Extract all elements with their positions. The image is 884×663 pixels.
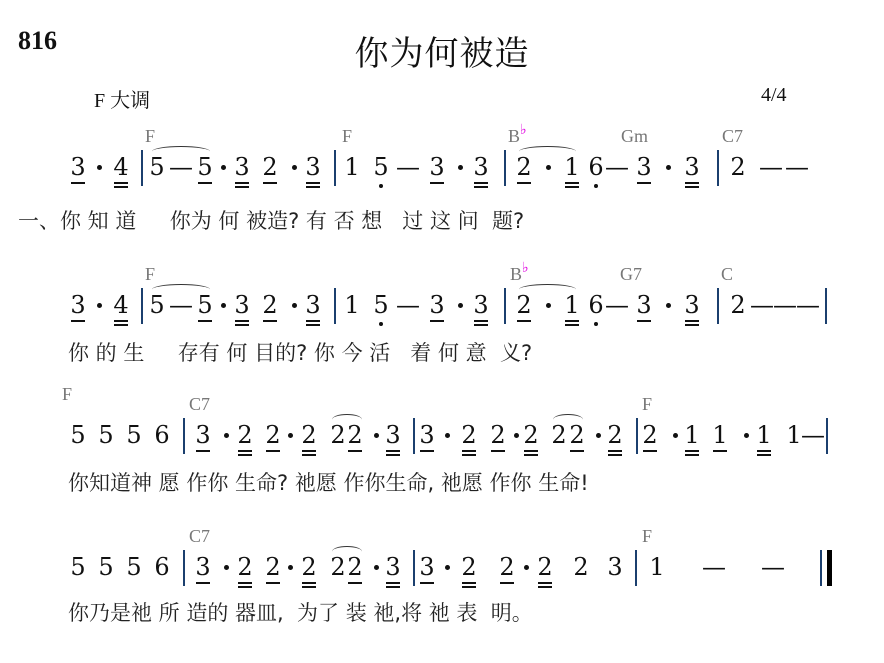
underline-eighth xyxy=(266,582,280,584)
dotted-rhythm-dot xyxy=(546,303,551,308)
sustain-dash: — xyxy=(169,154,193,180)
note-number: — xyxy=(396,291,420,319)
note-number: 3 xyxy=(684,153,699,181)
note: 2 xyxy=(329,422,347,448)
note-number: 5 xyxy=(126,553,141,581)
chord-symbol: B♭ xyxy=(508,126,527,147)
underline-eighth xyxy=(462,582,476,584)
chord-symbol: Gm xyxy=(621,126,648,147)
chord-symbol: C xyxy=(721,264,733,285)
note-number: 1 xyxy=(564,291,579,319)
underline-sixteenth xyxy=(462,454,476,456)
note-number: — xyxy=(605,291,629,319)
note-number: 1 xyxy=(344,291,359,319)
underline-sixteenth xyxy=(565,186,579,188)
note-number: 3 xyxy=(195,553,210,581)
note: 2 xyxy=(300,554,318,580)
chord-label: C7 xyxy=(189,526,210,546)
note-number: 1 xyxy=(786,421,801,449)
note-number: 3 xyxy=(607,553,622,581)
dotted-rhythm-dot xyxy=(445,433,450,438)
note: 2 xyxy=(515,154,533,180)
note-number: — xyxy=(169,291,193,319)
note-number: 3 xyxy=(473,153,488,181)
chord-label: F xyxy=(62,384,72,404)
note: 3 xyxy=(635,292,653,318)
lower-octave-dot xyxy=(379,184,383,188)
underline-eighth xyxy=(517,182,531,184)
note: 2 xyxy=(572,554,590,580)
barline xyxy=(334,288,336,324)
note: 2 xyxy=(568,422,586,448)
note: 3 xyxy=(194,422,212,448)
underline-eighth xyxy=(524,450,538,452)
chord-label: F xyxy=(342,126,352,146)
dotted-rhythm-dot xyxy=(458,165,463,170)
note: 3 xyxy=(428,292,446,318)
note: 5 xyxy=(148,292,166,318)
underline-sixteenth xyxy=(685,454,699,456)
note-number: 2 xyxy=(265,421,280,449)
note: 5 xyxy=(97,554,115,580)
flat-icon: ♭ xyxy=(520,123,527,138)
underline-eighth xyxy=(565,320,579,322)
note: 1 xyxy=(648,554,666,580)
note-number: 3 xyxy=(636,153,651,181)
chord-symbol: F xyxy=(342,126,352,147)
note-number: 2 xyxy=(237,421,252,449)
note: 2 xyxy=(460,422,478,448)
note: 1 xyxy=(563,292,581,318)
note: 5 xyxy=(196,154,214,180)
chord-label: F xyxy=(642,526,652,546)
underline-sixteenth xyxy=(386,454,400,456)
note-number: 2 xyxy=(499,553,514,581)
dotted-rhythm-dot xyxy=(374,565,379,570)
note-number: 1 xyxy=(712,421,727,449)
note-number: 1 xyxy=(684,421,699,449)
note: 5 xyxy=(125,422,143,448)
underline-eighth xyxy=(430,320,444,322)
note-number: 2 xyxy=(301,421,316,449)
note: 3 xyxy=(304,292,322,318)
underline-eighth xyxy=(420,450,434,452)
note-number: — xyxy=(785,153,809,181)
note-number: 2 xyxy=(551,421,566,449)
sustain-dash: — xyxy=(702,554,726,580)
lyrics-line: 你知道神 愿 作你 生命? 祂愿 作你生命, 祂愿 作你 生命! xyxy=(68,467,589,497)
note-number: 2 xyxy=(262,153,277,181)
note-number: 2 xyxy=(730,291,745,319)
note: 3 xyxy=(233,292,251,318)
note-number: 3 xyxy=(429,153,444,181)
underline-eighth xyxy=(235,182,249,184)
lyrics-line: 你 的 生 存有 何 目的? 你 今 活 着 何 意 义? xyxy=(68,337,532,367)
music-system: FFB♭GmC7345—532315—33216—332—— xyxy=(0,140,884,200)
underline-sixteenth xyxy=(238,454,252,456)
underline-eighth xyxy=(386,450,400,452)
chord-label: G7 xyxy=(620,264,642,284)
note: 5 xyxy=(69,422,87,448)
note-number: 5 xyxy=(70,421,85,449)
note: 1 xyxy=(683,422,701,448)
note-number: 3 xyxy=(419,421,434,449)
underline-eighth xyxy=(713,450,727,452)
underline-eighth xyxy=(263,182,277,184)
note: 4 xyxy=(112,154,130,180)
underline-eighth xyxy=(637,182,651,184)
lower-octave-dot xyxy=(594,184,598,188)
lyrics-line: 你乃是祂 所 造的 器皿, 为了 装 祂,将 祂 表 明。 xyxy=(68,597,533,627)
note: 2 xyxy=(346,422,364,448)
note-number: 2 xyxy=(607,421,622,449)
underline-eighth xyxy=(538,582,552,584)
underline-eighth xyxy=(114,182,128,184)
underline-eighth xyxy=(643,450,657,452)
note-number: 1 xyxy=(344,153,359,181)
dotted-rhythm-dot xyxy=(288,433,293,438)
key-signature: F 大调 xyxy=(94,84,150,113)
note: 3 xyxy=(472,292,490,318)
note-number: 5 xyxy=(98,553,113,581)
note-number: 1 xyxy=(564,153,579,181)
note-number: 2 xyxy=(262,291,277,319)
note-number: 3 xyxy=(234,153,249,181)
underline-eighth xyxy=(196,450,210,452)
note-number: 4 xyxy=(113,153,128,181)
underline-sixteenth xyxy=(565,324,579,326)
underline-eighth xyxy=(114,320,128,322)
chord-symbol: C7 xyxy=(189,394,210,415)
underline-sixteenth xyxy=(524,454,538,456)
note: 5 xyxy=(196,292,214,318)
underline-eighth xyxy=(71,182,85,184)
note: 3 xyxy=(384,422,402,448)
note: 1 xyxy=(563,154,581,180)
underline-sixteenth xyxy=(474,324,488,326)
chord-symbol: F xyxy=(145,126,155,147)
underline-sixteenth xyxy=(306,186,320,188)
music-system: C7F555632222233222231—— xyxy=(0,540,884,600)
note-number: 5 xyxy=(373,291,388,319)
dotted-rhythm-dot xyxy=(524,565,529,570)
underline-eighth xyxy=(474,182,488,184)
note: 3 xyxy=(418,422,436,448)
underline-eighth xyxy=(474,320,488,322)
underline-eighth xyxy=(608,450,622,452)
underline-sixteenth xyxy=(474,186,488,188)
underline-eighth xyxy=(685,182,699,184)
underline-eighth xyxy=(196,582,210,584)
dotted-rhythm-dot xyxy=(292,303,297,308)
underline-eighth xyxy=(685,320,699,322)
note: 5 xyxy=(372,154,390,180)
sustain-dash: — xyxy=(605,292,629,318)
underline-eighth xyxy=(430,182,444,184)
note: 5 xyxy=(69,554,87,580)
note: 3 xyxy=(233,154,251,180)
note: 4 xyxy=(112,292,130,318)
sustain-dash: — xyxy=(169,292,193,318)
note: 2 xyxy=(346,554,364,580)
chord-label: F xyxy=(642,394,652,414)
note-number: 2 xyxy=(573,553,588,581)
underline-sixteenth xyxy=(608,454,622,456)
dotted-rhythm-dot xyxy=(97,303,102,308)
note: 6 xyxy=(587,292,605,318)
chord-label: C7 xyxy=(722,126,743,146)
note: 3 xyxy=(683,292,701,318)
sustain-dash: — xyxy=(759,154,783,180)
music-system: FB♭G7C345—532315—33216—332——— xyxy=(0,278,884,338)
note-number: 2 xyxy=(490,421,505,449)
chord-symbol: C7 xyxy=(189,526,210,547)
barline xyxy=(183,550,185,586)
note: 1 xyxy=(711,422,729,448)
underline-sixteenth xyxy=(685,186,699,188)
underline-eighth xyxy=(306,320,320,322)
note-number: 2 xyxy=(461,421,476,449)
note-number: 1 xyxy=(756,421,771,449)
barline xyxy=(334,150,336,186)
note: 1 xyxy=(755,422,773,448)
dotted-rhythm-dot xyxy=(97,165,102,170)
dotted-rhythm-dot xyxy=(221,303,226,308)
note-number: 6 xyxy=(154,553,169,581)
note: 2 xyxy=(236,554,254,580)
note-number: 2 xyxy=(461,553,476,581)
chord-symbol: F xyxy=(62,384,72,405)
dotted-rhythm-dot xyxy=(292,165,297,170)
sustain-dash: — xyxy=(801,422,825,448)
underline-eighth xyxy=(263,320,277,322)
underline-eighth xyxy=(235,320,249,322)
chord-label: B xyxy=(508,126,520,146)
chord-label: B xyxy=(510,264,522,284)
note-number: 2 xyxy=(347,553,362,581)
underline-sixteenth xyxy=(306,324,320,326)
chord-label: C xyxy=(721,264,733,284)
flat-icon: ♭ xyxy=(522,261,529,276)
note: 3 xyxy=(418,554,436,580)
note-number: 2 xyxy=(265,553,280,581)
note: 3 xyxy=(472,154,490,180)
chord-label: F xyxy=(145,264,155,284)
note-number: 5 xyxy=(126,421,141,449)
note: 6 xyxy=(587,154,605,180)
note: 2 xyxy=(261,292,279,318)
note: 3 xyxy=(635,154,653,180)
note-number: — xyxy=(396,153,420,181)
underline-sixteenth xyxy=(302,586,316,588)
note-number: 3 xyxy=(419,553,434,581)
dotted-rhythm-dot xyxy=(744,433,749,438)
dotted-rhythm-dot xyxy=(596,433,601,438)
sustain-dash: — xyxy=(396,154,420,180)
note-number: — xyxy=(796,291,820,319)
underline-eighth xyxy=(517,320,531,322)
underline-eighth xyxy=(500,582,514,584)
note: 2 xyxy=(460,554,478,580)
note-number: 2 xyxy=(537,553,552,581)
dotted-rhythm-dot xyxy=(666,165,671,170)
note-number: 3 xyxy=(195,421,210,449)
note-number: — xyxy=(761,553,785,581)
note: 3 xyxy=(384,554,402,580)
note-number: — xyxy=(605,153,629,181)
note-number: 5 xyxy=(149,153,164,181)
lyrics-line: 一、你 知 道 你为 何 被造? 有 否 想 过 这 问 题? xyxy=(18,205,524,235)
dotted-rhythm-dot xyxy=(288,565,293,570)
underline-sixteenth xyxy=(386,586,400,588)
underline-sixteenth xyxy=(114,186,128,188)
note: 3 xyxy=(194,554,212,580)
chord-symbol: G7 xyxy=(620,264,642,285)
note: 1 xyxy=(343,154,361,180)
note: 2 xyxy=(729,154,747,180)
note-number: 3 xyxy=(385,421,400,449)
underline-sixteenth xyxy=(538,586,552,588)
note-number: 6 xyxy=(588,153,603,181)
note-number: 2 xyxy=(642,421,657,449)
note: 3 xyxy=(69,292,87,318)
underline-sixteenth xyxy=(685,324,699,326)
note-number: 2 xyxy=(516,291,531,319)
underline-eighth xyxy=(685,450,699,452)
dotted-rhythm-dot xyxy=(374,433,379,438)
dotted-rhythm-dot xyxy=(546,165,551,170)
lower-octave-dot xyxy=(379,322,383,326)
barline xyxy=(636,418,638,454)
underline-eighth xyxy=(462,450,476,452)
chord-symbol: F xyxy=(642,526,652,547)
note-number: 4 xyxy=(113,291,128,319)
underline-eighth xyxy=(71,320,85,322)
sustain-dash: — xyxy=(773,292,797,318)
note-number: 3 xyxy=(70,153,85,181)
note-number: — xyxy=(702,553,726,581)
underline-sixteenth xyxy=(235,324,249,326)
sustain-dash: — xyxy=(750,292,774,318)
note: 5 xyxy=(97,422,115,448)
sustain-dash: — xyxy=(396,292,420,318)
note-number: 2 xyxy=(523,421,538,449)
underline-eighth xyxy=(302,582,316,584)
barline xyxy=(820,550,822,586)
note: 2 xyxy=(489,422,507,448)
note-number: 3 xyxy=(385,553,400,581)
underline-eighth xyxy=(570,450,584,452)
note: 2 xyxy=(522,422,540,448)
note-number: 2 xyxy=(569,421,584,449)
barline xyxy=(141,288,143,324)
underline-eighth xyxy=(386,582,400,584)
underline-eighth xyxy=(266,450,280,452)
dotted-rhythm-dot xyxy=(514,433,519,438)
note-number: 6 xyxy=(588,291,603,319)
note-number: 3 xyxy=(70,291,85,319)
note-number: 3 xyxy=(684,291,699,319)
chord-symbol: B♭ xyxy=(510,264,529,285)
underline-eighth xyxy=(238,582,252,584)
underline-eighth xyxy=(348,582,362,584)
underline-sixteenth xyxy=(238,586,252,588)
underline-sixteenth xyxy=(462,586,476,588)
note: 3 xyxy=(304,154,322,180)
barline xyxy=(504,150,506,186)
note: 2 xyxy=(329,554,347,580)
final-barline xyxy=(827,550,832,586)
note-number: 3 xyxy=(429,291,444,319)
note-number: 5 xyxy=(149,291,164,319)
note: 2 xyxy=(729,292,747,318)
chord-label: Gm xyxy=(621,126,648,146)
sustain-dash: — xyxy=(761,554,785,580)
note-number: — xyxy=(773,291,797,319)
barline xyxy=(717,288,719,324)
barline xyxy=(413,418,415,454)
underline-eighth xyxy=(198,320,212,322)
underline-eighth xyxy=(198,182,212,184)
dotted-rhythm-dot xyxy=(221,165,226,170)
dotted-rhythm-dot xyxy=(224,433,229,438)
barline xyxy=(635,550,637,586)
underline-eighth xyxy=(348,450,362,452)
chord-label: C7 xyxy=(189,394,210,414)
note-number: 3 xyxy=(473,291,488,319)
barline xyxy=(825,288,827,324)
underline-sixteenth xyxy=(757,454,771,456)
barline xyxy=(826,418,828,454)
note-number: 5 xyxy=(98,421,113,449)
note: 2 xyxy=(236,422,254,448)
underline-sixteenth xyxy=(302,454,316,456)
barline xyxy=(413,550,415,586)
note-number: 2 xyxy=(516,153,531,181)
sustain-dash: — xyxy=(796,292,820,318)
sustain-dash: — xyxy=(605,154,629,180)
chord-symbol: F xyxy=(145,264,155,285)
note-number: 5 xyxy=(197,153,212,181)
dotted-rhythm-dot xyxy=(458,303,463,308)
underline-eighth xyxy=(491,450,505,452)
chord-symbol: F xyxy=(642,394,652,415)
note-number: — xyxy=(801,421,825,449)
song-title: 你为何被造 xyxy=(0,26,884,75)
dotted-rhythm-dot xyxy=(673,433,678,438)
note-number: 5 xyxy=(373,153,388,181)
note: 6 xyxy=(153,554,171,580)
chord-symbol: C7 xyxy=(722,126,743,147)
lower-octave-dot xyxy=(594,322,598,326)
note-number: 2 xyxy=(330,553,345,581)
note: 2 xyxy=(606,422,624,448)
note: 2 xyxy=(536,554,554,580)
chord-label: F xyxy=(145,126,155,146)
note: 5 xyxy=(125,554,143,580)
underline-eighth xyxy=(565,182,579,184)
note-number: 3 xyxy=(305,153,320,181)
barline xyxy=(183,418,185,454)
sustain-dash: — xyxy=(785,154,809,180)
dotted-rhythm-dot xyxy=(445,565,450,570)
note-number: 2 xyxy=(347,421,362,449)
note: 1 xyxy=(343,292,361,318)
note-number: 3 xyxy=(234,291,249,319)
barline xyxy=(504,288,506,324)
note: 2 xyxy=(264,554,282,580)
note: 5 xyxy=(372,292,390,318)
